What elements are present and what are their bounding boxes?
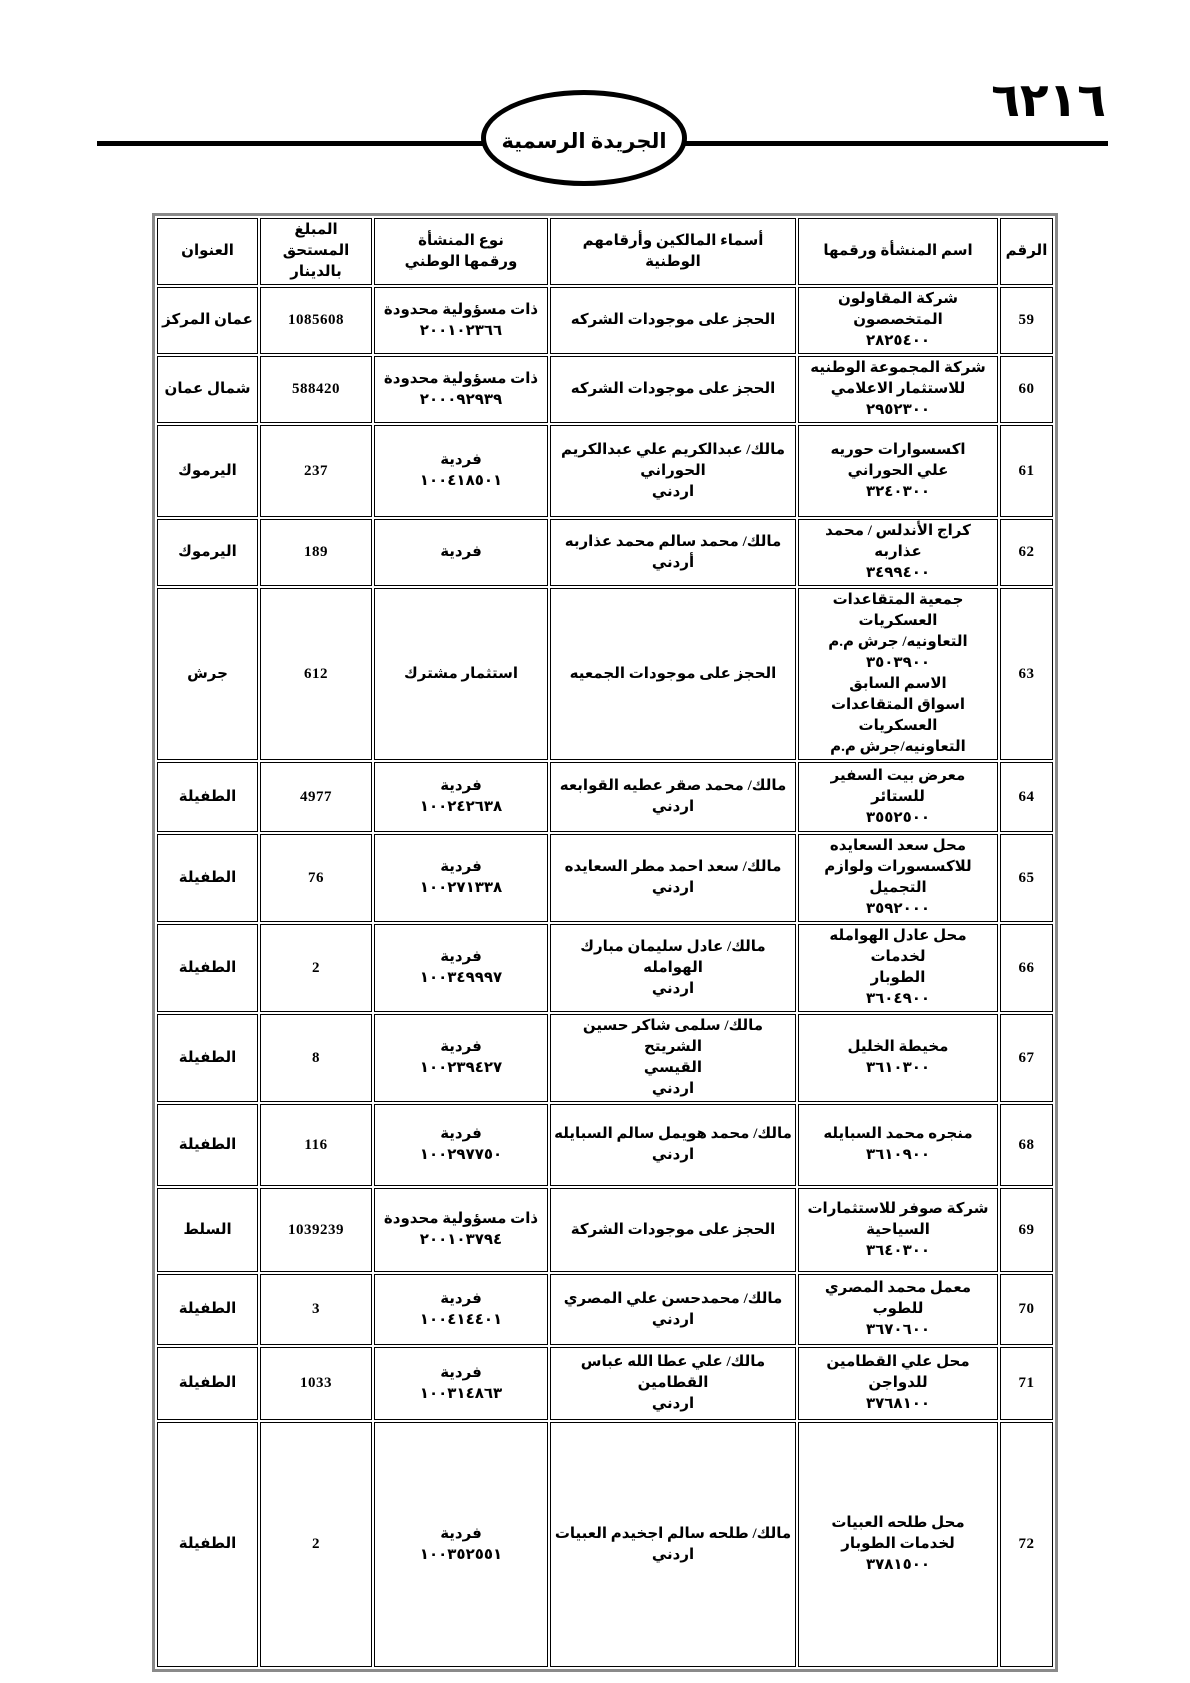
- table-row: 60شركة المجموعة الوطنيهللاستثمار الاعلام…: [157, 356, 1053, 423]
- cell-establishment-name: كراج الأندلس / محمد عذاربه٣٤٩٩٤٠٠: [798, 519, 998, 586]
- cell-establishment-name: اكسسوارات حوريهعلي الحوراني٣٢٤٠٣٠٠: [798, 425, 998, 517]
- cell-address: الطفيلة: [157, 762, 258, 832]
- cell-address: الطفيلة: [157, 1422, 258, 1667]
- table-row: 59شركة المقاولون المتخصصون٢٨٢٥٤٠٠الحجز ع…: [157, 287, 1053, 354]
- table-row: 65محل سعد السعايدهللاكسسورات ولوازم التج…: [157, 834, 1053, 922]
- cell-row-number: 67: [1000, 1014, 1053, 1102]
- cell-establishment-name: معرض بيت السفير للستائر٣٥٥٢٥٠٠: [798, 762, 998, 832]
- cell-establishment-name: معمل محمد المصري للطوب٣٦٧٠٦٠٠: [798, 1274, 998, 1345]
- cell-establishment-type: فردية١٠٠٢٩٧٧٥٠: [374, 1104, 548, 1186]
- cell-establishment-type: فردية١٠٠٣٤٩٩٩٧: [374, 924, 548, 1012]
- cell-address: الطفيلة: [157, 834, 258, 922]
- cell-establishment-name: جمعية المتقاعدات العسكرياتالتعاونيه/ جرش…: [798, 588, 998, 760]
- masthead-title: الجريدة الرسمية: [501, 123, 666, 154]
- cell-owners: مالك/ سعد احمد مطر السعايدهاردني: [550, 834, 796, 922]
- cell-row-number: 71: [1000, 1347, 1053, 1420]
- cell-row-number: 70: [1000, 1274, 1053, 1345]
- cell-owners: مالك/ محمدحسن علي المصرياردني: [550, 1274, 796, 1345]
- table-row: 71محل علي القطامين للدواجن٣٧٦٨١٠٠مالك/ ع…: [157, 1347, 1053, 1420]
- cell-establishment-name: مخيطة الخليل٣٦١٠٣٠٠: [798, 1014, 998, 1102]
- cell-owners: مالك/ عبدالكريم علي عبدالكريمالحورانيارد…: [550, 425, 796, 517]
- cell-owners: مالك/ سلمى شاكر حسين الشريتحالقيسياردني: [550, 1014, 796, 1102]
- cell-amount-due: 2: [260, 924, 372, 1012]
- cell-row-number: 69: [1000, 1188, 1053, 1272]
- cell-amount-due: 237: [260, 425, 372, 517]
- cell-amount-due: 2: [260, 1422, 372, 1667]
- cell-establishment-name: منجره محمد السبايله٣٦١٠٩٠٠: [798, 1104, 998, 1186]
- table-row: 72محل طلحه العبياتلخدمات الطوبار٣٧٨١٥٠٠م…: [157, 1422, 1053, 1667]
- cell-row-number: 72: [1000, 1422, 1053, 1667]
- cell-establishment-type: استثمار مشترك: [374, 588, 548, 760]
- cell-address: الطفيلة: [157, 1104, 258, 1186]
- page-number: ٦٢١٦: [991, 78, 1106, 125]
- cell-establishment-type: فردية١٠٠٢٣٩٤٢٧: [374, 1014, 548, 1102]
- cell-establishment-name: محل طلحه العبياتلخدمات الطوبار٣٧٨١٥٠٠: [798, 1422, 998, 1667]
- cell-address: اليرموك: [157, 425, 258, 517]
- cell-owners: مالك/ محمد هويمل سالم السبايلهاردني: [550, 1104, 796, 1186]
- header-type: نوع المنشأةورقمها الوطني: [374, 218, 548, 285]
- cell-row-number: 65: [1000, 834, 1053, 922]
- cell-amount-due: 588420: [260, 356, 372, 423]
- cell-row-number: 62: [1000, 519, 1053, 586]
- cell-address: الطفيلة: [157, 1014, 258, 1102]
- cell-owners: مالك/ علي عطا الله عباس القطاميناردني: [550, 1347, 796, 1420]
- cell-establishment-type: ذات مسؤولية محدودة٢٠٠٠٩٢٩٣٩: [374, 356, 548, 423]
- cell-address: الطفيلة: [157, 1274, 258, 1345]
- cell-address: الطفيلة: [157, 1347, 258, 1420]
- cell-address: جرش: [157, 588, 258, 760]
- cell-owners: مالك/ عادل سليمان مبارك الهواملهاردني: [550, 924, 796, 1012]
- cell-amount-due: 8: [260, 1014, 372, 1102]
- cell-amount-due: 612: [260, 588, 372, 760]
- cell-establishment-name: محل علي القطامين للدواجن٣٧٦٨١٠٠: [798, 1347, 998, 1420]
- header-owners: أسماء المالكين وأرقامهم الوطنية: [550, 218, 796, 285]
- cell-row-number: 64: [1000, 762, 1053, 832]
- cell-row-number: 59: [1000, 287, 1053, 354]
- cell-amount-due: 1039239: [260, 1188, 372, 1272]
- table-row: 69شركة صوفر للاستثماراتالسياحية٣٦٤٠٣٠٠ال…: [157, 1188, 1053, 1272]
- cell-amount-due: 4977: [260, 762, 372, 832]
- table-header-row: الرقماسم المنشأة ورقمهاأسماء المالكين وأ…: [157, 218, 1053, 285]
- cell-establishment-type: فردية١٠٠٢٤٢٦٣٨: [374, 762, 548, 832]
- cell-amount-due: 3: [260, 1274, 372, 1345]
- header-name: اسم المنشأة ورقمها: [798, 218, 998, 285]
- cell-row-number: 68: [1000, 1104, 1053, 1186]
- cell-establishment-type: فردية١٠٠٢٧١٣٣٨: [374, 834, 548, 922]
- cell-owners: مالك/ محمد صقر عطيه القوابعهاردني: [550, 762, 796, 832]
- cell-amount-due: 116: [260, 1104, 372, 1186]
- cell-establishment-type: ذات مسؤولية محدودة٢٠٠١٠٢٣٦٦: [374, 287, 548, 354]
- gazette-table: الرقماسم المنشأة ورقمهاأسماء المالكين وأ…: [152, 213, 1058, 1672]
- cell-amount-due: 189: [260, 519, 372, 586]
- cell-owners: مالك/ طلحه سالم اجخيدم العبياتاردني: [550, 1422, 796, 1667]
- cell-owners: مالك/ محمد سالم محمد عذاربهأردني: [550, 519, 796, 586]
- table-row: 66محل عادل الهوامله لخدماتالطوبار٣٦٠٤٩٠٠…: [157, 924, 1053, 1012]
- cell-owners: الحجز على موجودات الشركه: [550, 287, 796, 354]
- cell-address: شمال عمان: [157, 356, 258, 423]
- masthead-oval: الجريدة الرسمية: [481, 90, 687, 186]
- cell-owners: الحجز على موجودات الجمعيه: [550, 588, 796, 760]
- cell-establishment-name: محل عادل الهوامله لخدماتالطوبار٣٦٠٤٩٠٠: [798, 924, 998, 1012]
- table-row: 70معمل محمد المصري للطوب٣٦٧٠٦٠٠مالك/ محم…: [157, 1274, 1053, 1345]
- cell-establishment-name: شركة المقاولون المتخصصون٢٨٢٥٤٠٠: [798, 287, 998, 354]
- cell-row-number: 63: [1000, 588, 1053, 760]
- cell-establishment-type: فردية: [374, 519, 548, 586]
- cell-row-number: 66: [1000, 924, 1053, 1012]
- header-address: العنوان: [157, 218, 258, 285]
- gazette-table-body: الرقماسم المنشأة ورقمهاأسماء المالكين وأ…: [157, 218, 1053, 1667]
- cell-amount-due: 76: [260, 834, 372, 922]
- cell-address: الطفيلة: [157, 924, 258, 1012]
- cell-establishment-type: فردية١٠٠٣١٤٨٦٣: [374, 1347, 548, 1420]
- cell-establishment-type: فردية١٠٠٣٥٢٥٥١: [374, 1422, 548, 1667]
- cell-address: عمان المركز: [157, 287, 258, 354]
- table-row: 63جمعية المتقاعدات العسكرياتالتعاونيه/ ج…: [157, 588, 1053, 760]
- table-row: 68منجره محمد السبايله٣٦١٠٩٠٠مالك/ محمد ه…: [157, 1104, 1053, 1186]
- cell-row-number: 60: [1000, 356, 1053, 423]
- cell-amount-due: 1085608: [260, 287, 372, 354]
- table-row: 67مخيطة الخليل٣٦١٠٣٠٠مالك/ سلمى شاكر حسي…: [157, 1014, 1053, 1102]
- cell-establishment-name: شركة صوفر للاستثماراتالسياحية٣٦٤٠٣٠٠: [798, 1188, 998, 1272]
- table-row: 64معرض بيت السفير للستائر٣٥٥٢٥٠٠مالك/ مح…: [157, 762, 1053, 832]
- cell-row-number: 61: [1000, 425, 1053, 517]
- header-no: الرقم: [1000, 218, 1053, 285]
- cell-owners: الحجز على موجودات الشركه: [550, 356, 796, 423]
- gazette-page: ٦٢١٦ الجريدة الرسمية الرقماسم المنشأة ور…: [0, 0, 1190, 1683]
- cell-establishment-type: فردية١٠٠٤١٤٤٠١: [374, 1274, 548, 1345]
- cell-establishment-name: شركة المجموعة الوطنيهللاستثمار الاعلامي٢…: [798, 356, 998, 423]
- header-amount: المبلغ المستحقبالدينار: [260, 218, 372, 285]
- cell-owners: الحجز على موجودات الشركة: [550, 1188, 796, 1272]
- cell-amount-due: 1033: [260, 1347, 372, 1420]
- cell-address: اليرموك: [157, 519, 258, 586]
- cell-address: السلط: [157, 1188, 258, 1272]
- table-row: 61اكسسوارات حوريهعلي الحوراني٣٢٤٠٣٠٠مالك…: [157, 425, 1053, 517]
- cell-establishment-type: فردية١٠٠٤١٨٥٠١: [374, 425, 548, 517]
- cell-establishment-name: محل سعد السعايدهللاكسسورات ولوازم التجمي…: [798, 834, 998, 922]
- cell-establishment-type: ذات مسؤولية محدودة٢٠٠١٠٣٧٩٤: [374, 1188, 548, 1272]
- table-row: 62كراج الأندلس / محمد عذاربه٣٤٩٩٤٠٠مالك/…: [157, 519, 1053, 586]
